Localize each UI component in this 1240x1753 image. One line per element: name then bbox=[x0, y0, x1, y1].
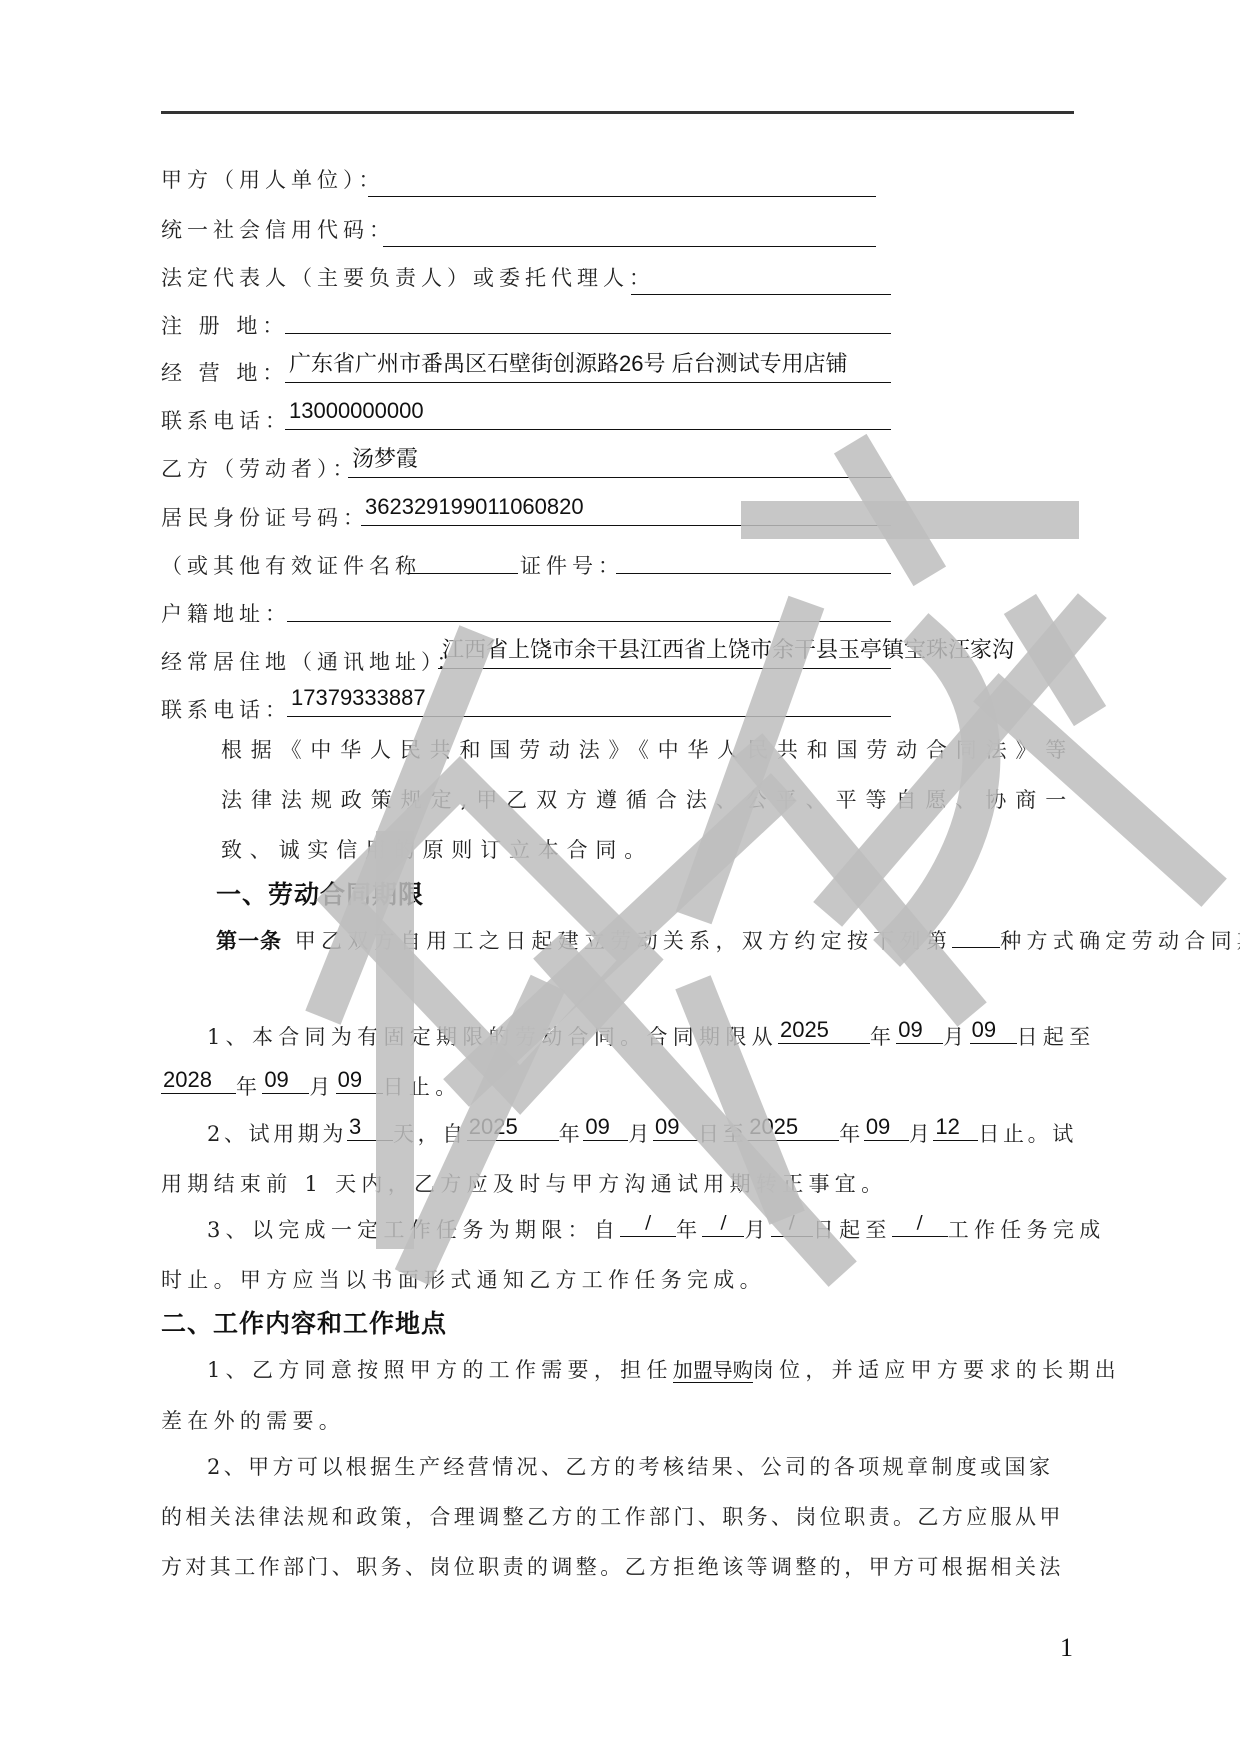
fixed-term-clause: 1、本合同为有固定期限的劳动合同。合同期限从2025年09月09日起至 2028… bbox=[161, 1012, 1074, 1112]
representative-field[interactable] bbox=[631, 254, 891, 295]
task-start-month-field[interactable]: / bbox=[702, 1208, 744, 1237]
fixed-start-day-field[interactable]: 09 bbox=[970, 1015, 1017, 1044]
probation-end-year-field[interactable]: 2025 bbox=[747, 1112, 839, 1141]
other-id-number-field[interactable] bbox=[616, 533, 891, 574]
probation-start-year-field[interactable]: 2025 bbox=[467, 1112, 559, 1141]
article-1-label: 第一条 bbox=[216, 930, 282, 953]
residence-address-field[interactable]: 江西省上饶市余干县江西省上饶市余干县玉亭镇宝珠汪家沟 bbox=[438, 628, 891, 669]
id-number-field[interactable]: 362329199011060820 bbox=[361, 485, 891, 526]
household-row: 户籍地址： bbox=[161, 590, 291, 638]
household-address-field[interactable] bbox=[287, 581, 891, 622]
employer-field[interactable] bbox=[368, 156, 876, 197]
position-field[interactable]: 加盟导购 bbox=[673, 1360, 753, 1383]
registered-address-field[interactable] bbox=[285, 293, 891, 334]
task-start-year-field[interactable]: / bbox=[620, 1208, 676, 1237]
article-1: 第一条 甲乙双方自用工之日起建立劳动关系，双方约定按下列第种方式确定劳动合同期限… bbox=[161, 916, 1074, 967]
fixed-start-month-field[interactable]: 09 bbox=[896, 1015, 943, 1044]
fixed-end-month-field[interactable]: 09 bbox=[262, 1065, 309, 1094]
registered-address-row: 注 册 地： bbox=[161, 302, 288, 350]
fixed-end-day-field[interactable]: 09 bbox=[336, 1065, 383, 1094]
probation-start-day-field[interactable]: 09 bbox=[653, 1112, 698, 1141]
section-1-heading: 一、劳动合同期限 bbox=[216, 875, 424, 911]
probation-end-day-field[interactable]: 12 bbox=[933, 1112, 978, 1141]
preamble: 根据《中华人民共和国劳动法》《中华人民共和国劳动合同法》等法律法规政策规定,甲乙… bbox=[161, 725, 1074, 875]
id-row: 居民身份证号码： bbox=[161, 494, 369, 542]
registered-address-label: 注 册 地： bbox=[161, 302, 288, 350]
worker-label: 乙方（劳动者）： bbox=[161, 445, 359, 493]
business-address-label: 经 营 地： bbox=[161, 349, 288, 397]
contract-type-choice-field[interactable] bbox=[952, 919, 1000, 948]
task-term-clause: 3、以完成一定工作任务为期限：自/年/月/日起至/工作任务完成 时止。甲方应当以… bbox=[161, 1205, 1074, 1305]
employer-label: 甲方（用人单位）： bbox=[161, 156, 385, 204]
contract-page: 甲方（用人单位）： 统一社会信用代码： 法定代表人（主要负责人）或委托代理人： … bbox=[0, 0, 1240, 1753]
id-label: 居民身份证号码： bbox=[161, 494, 369, 542]
page-number: 1 bbox=[1060, 1633, 1073, 1663]
other-id-name-field[interactable] bbox=[408, 533, 518, 574]
credit-code-row: 统一社会信用代码： bbox=[161, 206, 395, 254]
probation-start-month-field[interactable]: 09 bbox=[583, 1112, 628, 1141]
task-start-day-field[interactable]: / bbox=[771, 1208, 813, 1237]
employer-phone-field[interactable]: 13000000000 bbox=[285, 389, 891, 430]
worker-row: 乙方（劳动者）： bbox=[161, 445, 359, 493]
employer-phone-row: 联系电话： bbox=[161, 397, 291, 445]
employer-row: 甲方（用人单位）： bbox=[161, 156, 385, 204]
fixed-end-year-field[interactable]: 2028 bbox=[161, 1065, 236, 1094]
task-end-field[interactable]: / bbox=[892, 1208, 948, 1237]
employer-phone-label: 联系电话： bbox=[161, 397, 291, 445]
household-label: 户籍地址： bbox=[161, 590, 291, 638]
work-position-clause: 1、乙方同意按照甲方的工作需要，担任加盟导购岗位，并适应甲方要求的长期出 差在外… bbox=[161, 1345, 1074, 1446]
probation-days-field[interactable]: 3 bbox=[347, 1112, 393, 1141]
business-address-field[interactable]: 广东省广州市番禺区石壁街创源路26号 后台测试专用店铺 bbox=[285, 342, 891, 383]
section-2-heading: 二、工作内容和工作地点 bbox=[161, 1304, 447, 1340]
probation-end-month-field[interactable]: 09 bbox=[864, 1112, 909, 1141]
worker-name-field[interactable]: 汤梦霞 bbox=[348, 437, 891, 478]
article-1-text: 甲乙双方自用工之日起建立劳动关系，双方约定按下列第 bbox=[295, 929, 953, 953]
work-adjustment-clause: 2、甲方可以根据生产经营情况、乙方的考核结果、公司的各项规章制度或国家 的相关法… bbox=[161, 1442, 1074, 1592]
credit-code-label: 统一社会信用代码： bbox=[161, 206, 395, 254]
probation-clause: 2、试用期为3天，自2025年09月09日至2025年09月12日止。试 用期结… bbox=[161, 1109, 1074, 1209]
fixed-start-year-field[interactable]: 2025 bbox=[778, 1015, 870, 1044]
credit-code-field[interactable] bbox=[383, 206, 876, 247]
business-address-row: 经 营 地： bbox=[161, 349, 288, 397]
header-rule bbox=[161, 111, 1074, 114]
worker-phone-field[interactable]: 17379333887 bbox=[287, 676, 891, 717]
